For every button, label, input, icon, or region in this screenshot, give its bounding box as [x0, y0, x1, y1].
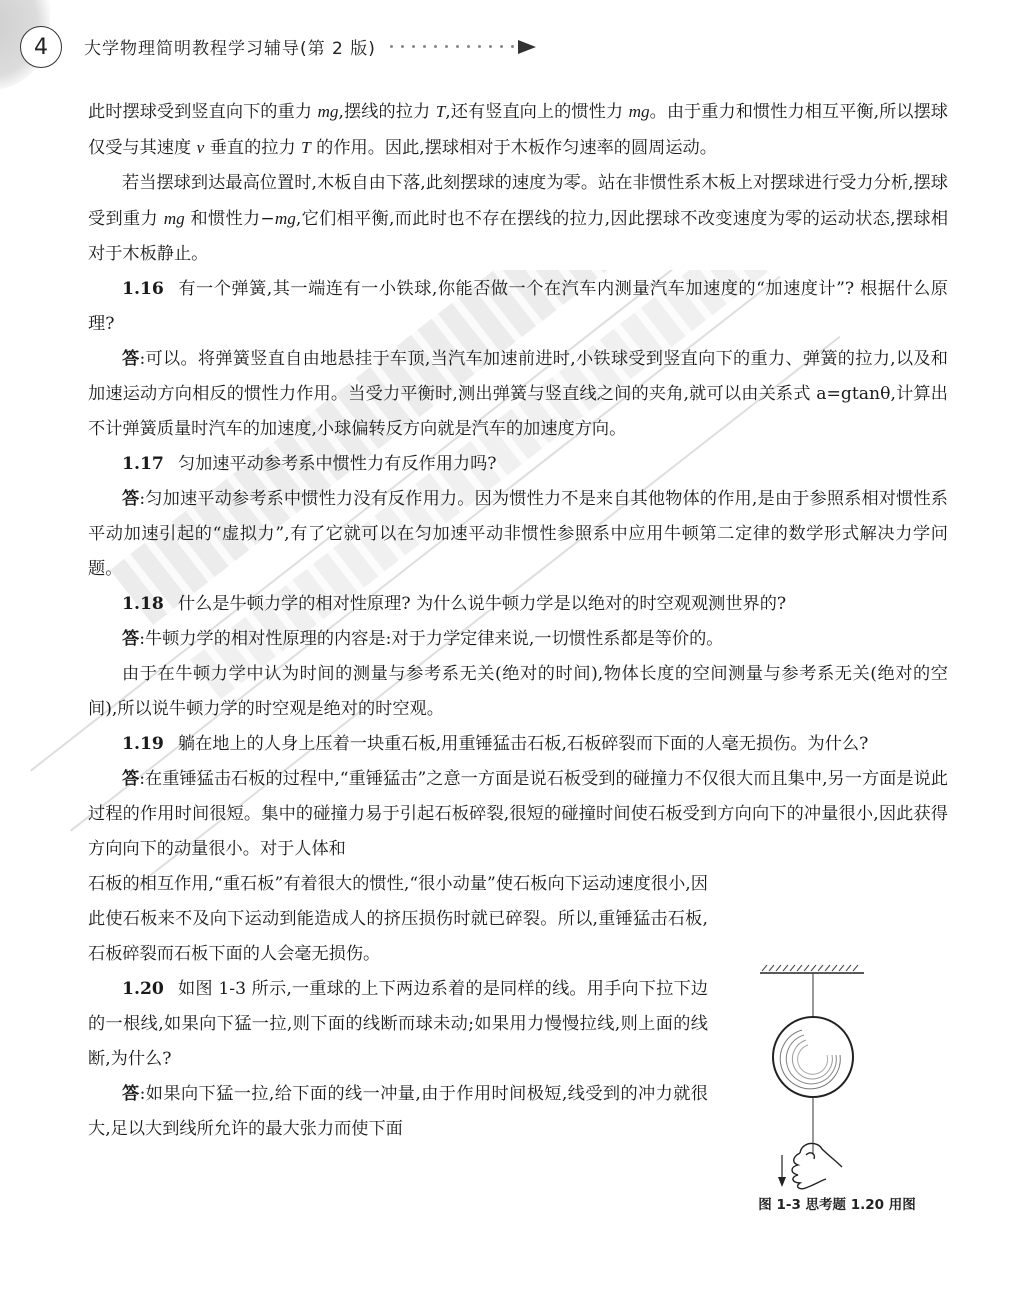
ceiling-hatch-icon: [760, 965, 864, 973]
answer-1-19-wrapped: 石板的相互作用,“重石板”有着很大的惯性,“很小动量”使石板向下运动速度很小,因…: [88, 867, 708, 972]
question-1-18: 1.18什么是牛顿力学的相对性原理? 为什么说牛顿力学是以绝对的时空观观测世界的…: [88, 587, 948, 622]
answer-1-20: 答:如果向下猛一拉,给下面的线一冲量,由于作用时间极短,线受到的冲力就很大,足以…: [88, 1077, 708, 1147]
math-symbol: mg: [275, 209, 296, 228]
leader-dot: [456, 45, 459, 48]
math-symbol: mg: [164, 209, 185, 228]
answer-1-16: 答:可以。将弹簧竖直自由地悬挂于车顶,当汽车加速前进时,小铁球受到竖直向下的重力…: [88, 342, 948, 447]
paragraph-continuation: 此时摆球受到竖直向下的重力 mg,摆线的拉力 T,还有竖直向上的惯性力 mg。由…: [88, 94, 948, 166]
question-1-19: 1.19躺在地上的人身上压着一块重石板,用重锤猛击石板,石板碎裂而下面的人毫无损…: [88, 727, 948, 762]
answer-1-17: 答:匀加速平动参考系中惯性力没有反作用力。因为惯性力不是来自其他物体的作用,是由…: [88, 482, 948, 587]
leader-dot: [434, 45, 437, 48]
page-number: 4: [20, 26, 62, 68]
answer-text: :可以。将弹簧竖直自由地悬挂于车顶,当汽车加速前进时,小铁球受到竖直向下的重力、…: [88, 349, 948, 439]
math-symbol: mg: [318, 102, 339, 121]
answer-1-18-continued: 由于在牛顿力学中认为时间的测量与参考系无关(绝对的时间),物体长度的空间测量与参…: [88, 657, 948, 727]
paragraph: 若当摆球到达最高位置时,木板自由下落,此刻摆球的速度为零。站在非惯性系木板上对摆…: [88, 166, 948, 272]
answer-text: :在重锤猛击石板的过程中,“重锤猛击”之意一方面是说石板受到的碰撞力不仅很大而且…: [88, 769, 948, 859]
heavy-ball-icon: [773, 1017, 853, 1097]
figure-caption: 图 1-3 思考题 1.20 用图: [722, 1193, 952, 1213]
leader-dot: [467, 45, 470, 48]
question-1-16: 1.16有一个弹簧,其一端连有一小铁球,你能否做一个在汽车内测量汽车加速度的“加…: [88, 272, 948, 342]
leader-dot: [390, 45, 393, 48]
arrow-icon: [518, 40, 536, 54]
answer-label: 答: [122, 1084, 140, 1104]
hand-icon: [792, 1143, 842, 1188]
leader-dot: [500, 45, 503, 48]
running-header: 大学物理简明教程学习辅导(第 2 版): [84, 34, 536, 59]
page-number-text: 4: [34, 35, 48, 60]
question-number: 1.18: [122, 594, 164, 614]
question-text: 如图 1-3 所示,一重球的上下两边系着的是同样的线。用手向下拉下边的一根线,如…: [88, 979, 708, 1069]
ball-on-string-diagram: [722, 955, 952, 1190]
answer-text: :牛顿力学的相对性原理的内容是:对于力学定律来说,一切惯性系都是等价的。: [139, 629, 723, 649]
answer-text: :匀加速平动参考系中惯性力没有反作用力。因为惯性力不是来自其他物体的作用,是由于…: [88, 489, 948, 579]
header-dot-leader: [390, 45, 514, 48]
book-title: 大学物理简明教程学习辅导(第 2 版): [84, 34, 376, 59]
answer-label: 答: [122, 769, 139, 789]
figure-1-3: 图 1-3 思考题 1.20 用图: [722, 955, 952, 1215]
leader-dot: [445, 45, 448, 48]
down-arrow-icon: [778, 1155, 786, 1187]
question-1-17: 1.17匀加速平动参考系中惯性力有反作用力吗?: [88, 447, 948, 482]
answer-text: :如果向下猛一拉,给下面的线一冲量,由于作用时间极短,线受到的冲力就很大,足以大…: [88, 1084, 708, 1139]
leader-dot: [478, 45, 481, 48]
answer-label: 答: [122, 629, 139, 649]
question-1-20: 1.20如图 1-3 所示,一重球的上下两边系着的是同样的线。用手向下拉下边的一…: [88, 972, 708, 1077]
question-number: 1.16: [122, 279, 164, 299]
math-symbol: v: [197, 138, 205, 157]
question-number: 1.20: [122, 979, 164, 999]
question-text: 什么是牛顿力学的相对性原理? 为什么说牛顿力学是以绝对的时空观观测世界的?: [178, 594, 786, 614]
answer-label: 答: [122, 349, 139, 369]
math-symbol: T: [301, 138, 311, 157]
question-number: 1.17: [122, 454, 164, 474]
answer-1-19: 答:在重锤猛击石板的过程中,“重锤猛击”之意一方面是说石板受到的碰撞力不仅很大而…: [88, 762, 948, 867]
answer-1-18: 答:牛顿力学的相对性原理的内容是:对于力学定律来说,一切惯性系都是等价的。: [88, 622, 948, 657]
math-symbol: mg: [629, 102, 650, 121]
leader-dot: [401, 45, 404, 48]
answer-label: 答: [122, 489, 139, 509]
leader-dot: [489, 45, 492, 48]
question-text: 匀加速平动参考系中惯性力有反作用力吗?: [178, 454, 497, 474]
leader-dot: [412, 45, 415, 48]
leader-dot: [423, 45, 426, 48]
math-symbol: T: [436, 102, 446, 121]
question-text: 有一个弹簧,其一端连有一小铁球,你能否做一个在汽车内测量汽车加速度的“加速度计”…: [88, 279, 948, 334]
question-text: 躺在地上的人身上压着一块重石板,用重锤猛击石板,石板碎裂而下面的人毫无损伤。为什…: [178, 734, 868, 754]
leader-dot: [511, 45, 514, 48]
question-number: 1.19: [122, 734, 164, 754]
